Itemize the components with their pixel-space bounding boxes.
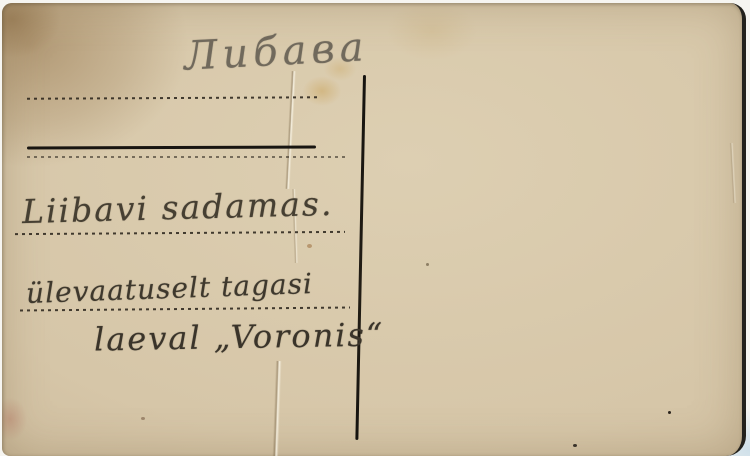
printed-dotted-line-2: [27, 156, 349, 158]
postcard-scan: Либава Liibavi sadamas. ülevaatuselt tag…: [0, 0, 750, 456]
handwritten-title-cyrillic: Либава: [183, 24, 370, 80]
paper-crease-bottom: [272, 361, 281, 456]
paper-crease-right-edge: [729, 143, 736, 203]
paper-crease-top: [285, 71, 296, 189]
postcard-back: Либава Liibavi sadamas. ülevaatuselt tag…: [2, 3, 746, 456]
paper-speck: [573, 444, 577, 447]
paper-speck: [426, 263, 429, 266]
handwritten-line-1: Liibavi sadamas.: [22, 184, 334, 231]
printed-dotted-line-1: [27, 96, 319, 100]
paper-speck: [307, 244, 312, 248]
handwritten-line-2: ülevaatuselt tagasi: [26, 267, 314, 310]
printed-vertical-divider-line: [355, 75, 366, 440]
paper-speck: [668, 411, 671, 414]
paper-speck: [141, 417, 145, 420]
handwritten-line-3: laeval „Voronis“: [94, 315, 385, 358]
printed-solid-line: [27, 145, 316, 149]
